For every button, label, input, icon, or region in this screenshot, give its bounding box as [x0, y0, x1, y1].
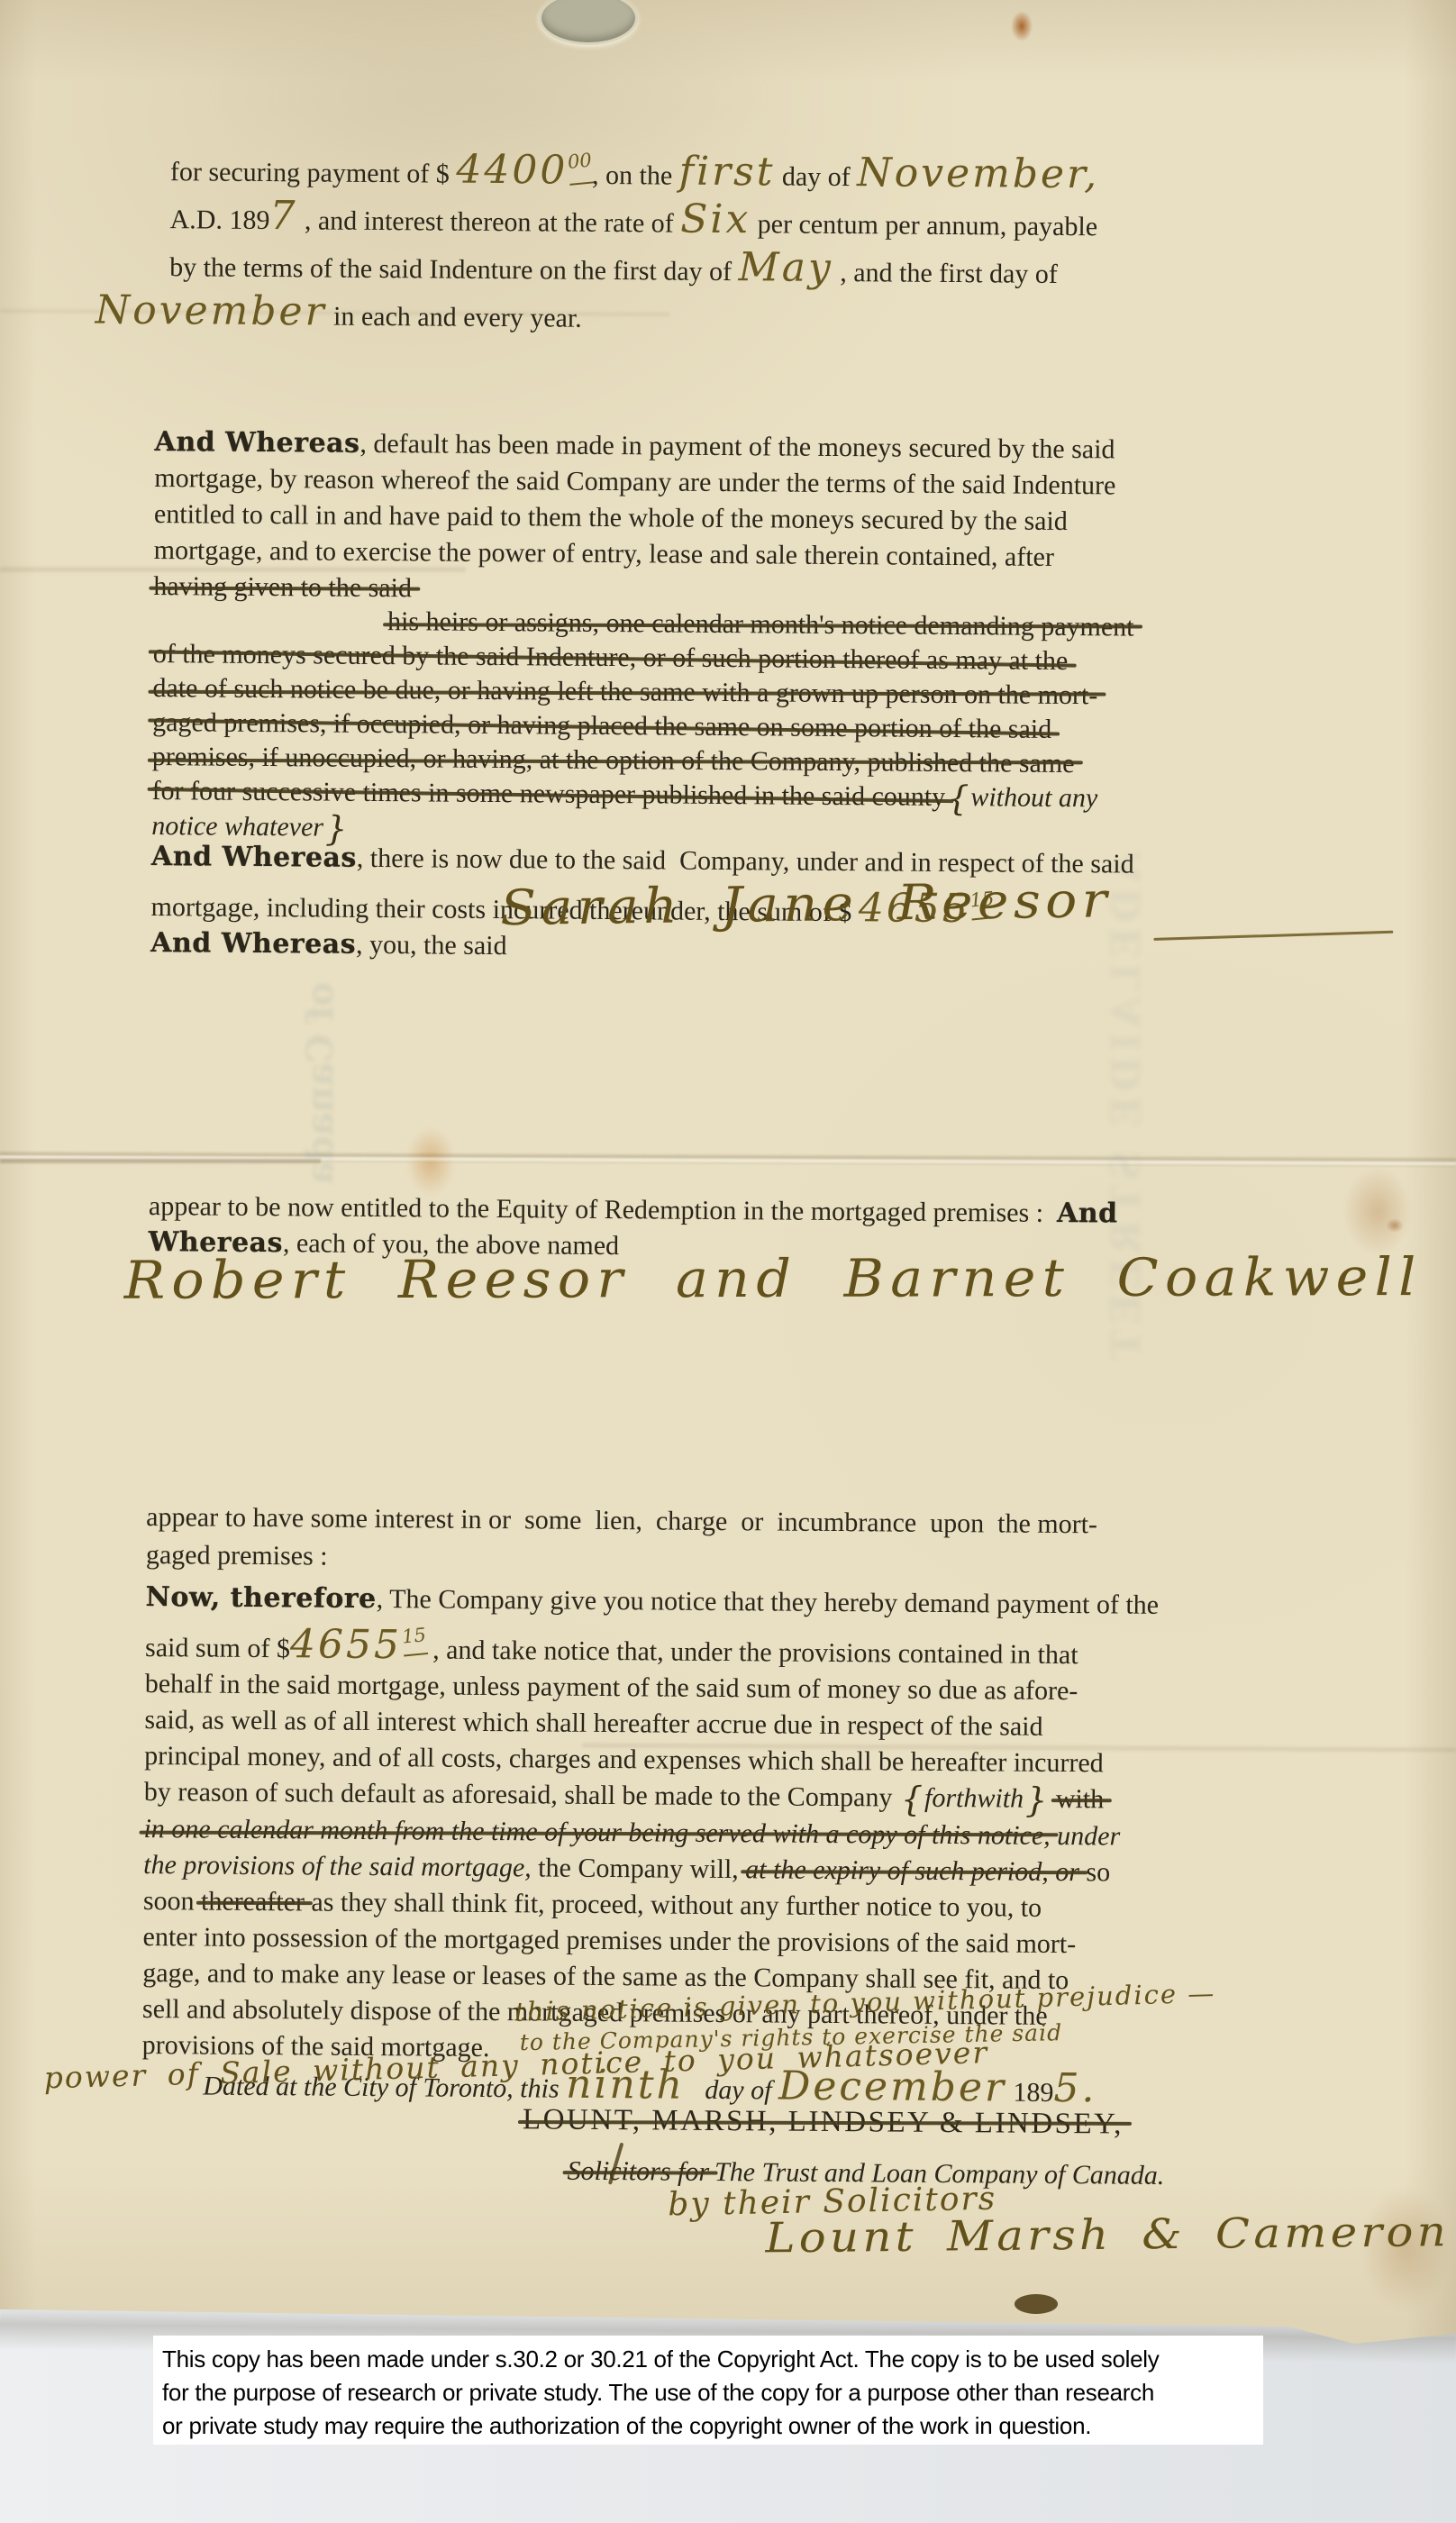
text-run-hand-lg: 7 — [269, 193, 297, 239]
text-run-black: And Whereas — [154, 426, 359, 460]
text-run-print: by reason of such default as aforesaid, … — [144, 1777, 899, 1813]
text-run-italic-struck: in one calendar month from the time of y… — [143, 1814, 1050, 1851]
text-run-italic: the provisions of the said mortgage, — [143, 1850, 532, 1882]
paper-sheet: of Canada ADELAIDE STREET for securing p… — [0, 0, 1456, 2352]
document-line: gaged premises : — [146, 1536, 1097, 1581]
text-run-hand-lg: Six — [680, 196, 751, 243]
text-run-print-struck: LOUNT, MARSH, LINDSEY & LINDSEY, — [523, 2103, 1124, 2140]
text-run-hand-lg: May — [738, 244, 833, 291]
text-run-cents: 15 — [400, 1617, 428, 1656]
text-run-print: mortgage, by reason whereof the said Com… — [154, 463, 1115, 500]
text-run-print-struck: his heirs or assigns, one calendar month… — [387, 606, 1134, 642]
text-run-italic: day of — [685, 2075, 778, 2106]
text-run-italic: without any — [970, 782, 1097, 813]
text-run-hand-lg: 4400 — [456, 147, 568, 194]
document-line: A.D. 1897 , and interest thereon at the … — [169, 194, 1099, 249]
text-run-print-struck: with — [1056, 1784, 1105, 1814]
text-run-italic: notice whatever — [151, 811, 323, 842]
clause-notice-service-struck: his heirs or assigns, one calendar month… — [151, 603, 1134, 852]
text-run-black: And — [1057, 1198, 1118, 1230]
text-run-print: 189 — [1006, 2078, 1054, 2108]
text-run-print: , and interest thereon at the rate of — [297, 205, 680, 238]
text-run-print: day of — [775, 161, 857, 192]
text-run-print-struck: premises, if unoccupied, or having, at t… — [152, 742, 1075, 779]
scanned-document: of Canada ADELAIDE STREET for securing p… — [0, 0, 1456, 2523]
text-run-print-struck: of the moneys secured by the said Indent… — [153, 639, 1069, 676]
text-run-print: said, as well as of all interest which s… — [144, 1705, 1042, 1742]
text-run-italic-struck: at the expiry of such period, or — [745, 1854, 1079, 1887]
copyright-notice: This copy has been made under s.30.2 or … — [153, 2336, 1263, 2445]
text-run-brace: } — [1025, 1781, 1048, 1820]
text-run-hand-lg: November, — [857, 150, 1099, 197]
document-line: for securing payment of $ 440000, on the… — [170, 136, 1100, 201]
text-run-italic: under — [1057, 1821, 1120, 1852]
text-run-print: , and take notice that, under the provis… — [426, 1635, 1078, 1670]
text-run-print-struck: having given to the said — [153, 571, 412, 603]
text-run-print-struck: thereafter — [201, 1887, 305, 1917]
text-run-print: gaged premises : — [146, 1540, 328, 1571]
handwritten-name-sarah-jane-reesor: Sarah Jane Reesor — [500, 871, 1113, 936]
clause-interest-lien: appear to have some interest in or some … — [146, 1498, 1097, 1581]
text-run-black: Now, therefore — [145, 1581, 376, 1615]
copyright-notice-line: This copy has been made under s.30.2 or … — [153, 2336, 1263, 2376]
document-line: November in each and every year. — [96, 289, 1099, 345]
copyright-notice-line: or private study may require the authori… — [153, 2409, 1263, 2443]
text-run-print: , you, the said — [356, 930, 507, 961]
text-run-print: , on the — [592, 160, 679, 191]
handwritten-names-robert-reesor-barnet-coakwell: Robert Reesor and Barnet Coakwell — [124, 1246, 1423, 1311]
text-run-print-struck: gaged premises, if occupied, or having p… — [152, 707, 1051, 744]
handwritten-signature-lount-marsh-cameron: Lount Marsh & Cameron — [765, 2207, 1450, 2262]
text-run-print: appear to have some interest in or some … — [146, 1502, 1097, 1539]
text-run-cents: 00 — [566, 139, 594, 186]
text-run-print: for securing payment of $ — [170, 157, 457, 188]
text-run-brace: { — [901, 1780, 924, 1819]
text-run-print: , and the first day of — [833, 258, 1058, 289]
text-run-print-struck: date of such notice be due, or having le… — [152, 673, 1097, 710]
clause-default-recital: And Whereas, default has been made in pa… — [153, 424, 1116, 612]
document-text-layer: for securing payment of $ 440000, on the… — [0, 0, 1456, 2363]
text-run-print: , The Company give you notice that they … — [377, 1584, 1160, 1620]
law-firm-name-struck: LOUNT, MARSH, LINDSEY & LINDSEY, — [523, 2103, 1124, 2141]
text-run-print: mortgage, and to exercise the power of e… — [154, 535, 1055, 572]
text-run-print: by the terms of the said Indenture on th… — [169, 252, 739, 287]
text-run-black: And Whereas — [150, 927, 356, 961]
copyright-notice-line: for the purpose of research or private s… — [153, 2376, 1263, 2409]
text-run-italic-struck: Solicitors for — [567, 2156, 709, 2187]
text-run-print: enter into possession of the mortgaged p… — [142, 1922, 1076, 1959]
pen-flourish-line — [1153, 931, 1393, 941]
text-run-hand-lg: 4655 — [290, 1621, 402, 1668]
text-run-print: behalf in the said mortgage, unless paym… — [145, 1669, 1078, 1706]
text-run-print: entitled to call in and have paid to the… — [154, 499, 1068, 536]
text-run-print: said sum of $ — [145, 1633, 290, 1663]
text-run-brace: { — [947, 779, 969, 818]
text-run-print: , default has been made in payment of th… — [359, 429, 1115, 465]
text-run-print: appear to be now entitled to the Equity … — [149, 1191, 1057, 1228]
text-run-print: the Company will, — [532, 1853, 746, 1884]
text-run-black: And Whereas — [151, 841, 357, 874]
document-line: said sum of $465515 , and take notice th… — [145, 1616, 1159, 1674]
text-run-print: A.D. 189 — [169, 205, 269, 235]
text-run-italic: forthwith — [924, 1783, 1024, 1814]
text-run-hand-lg: 5. — [1053, 2065, 1097, 2111]
text-run-print: as they shall think fit, proceed, withou… — [305, 1887, 1042, 1922]
text-run-print-struck: for four successive times in some newspa… — [151, 776, 945, 812]
clause-payment-terms: for securing payment of $ 440000, on the… — [169, 136, 1100, 344]
text-run-print: soon — [143, 1886, 201, 1917]
text-run-hand-lg: November — [96, 287, 327, 335]
text-run-print: in each and every year. — [326, 302, 581, 333]
text-run-hand-lg: first — [679, 149, 776, 196]
text-run-print: per centum per annum, payable — [751, 209, 1097, 241]
text-run-print: principal money, and of all costs, charg… — [144, 1741, 1104, 1778]
